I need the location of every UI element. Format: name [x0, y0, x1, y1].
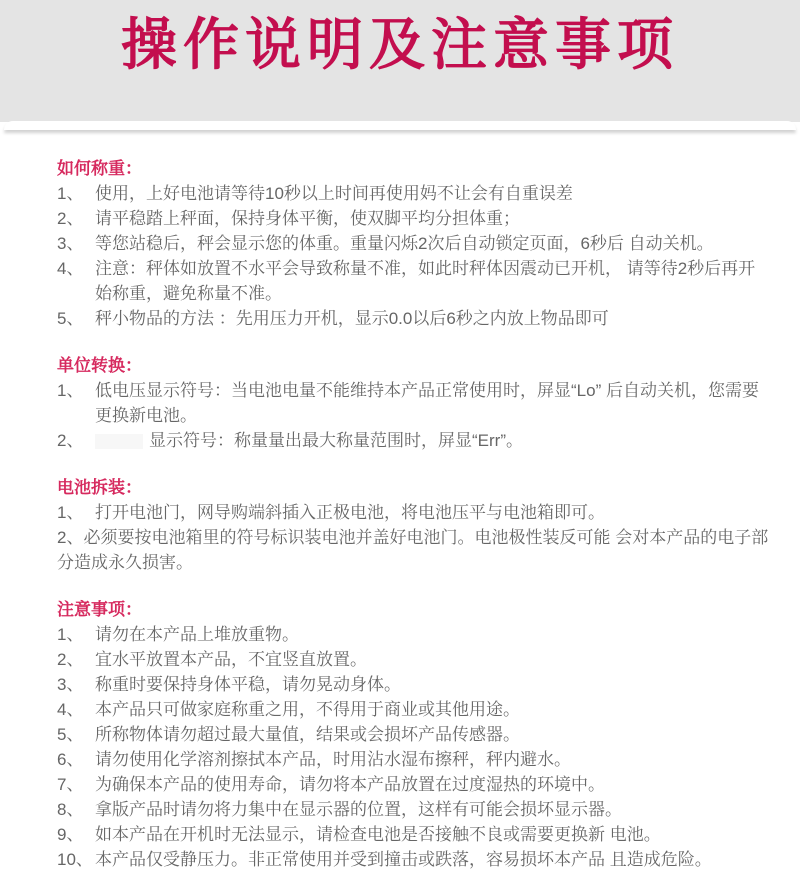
item-text: 本产品只可做家庭称重之用，不得用于商业或其他用途。	[95, 700, 520, 719]
item-number: 1、	[57, 181, 83, 206]
item-number: 3、	[57, 672, 83, 697]
list-item: 2、必须要按电池箱里的符号标识装电池并盖好电池门。电池极性装反可能 会对本产品的…	[57, 525, 770, 575]
item-number: 4、	[57, 256, 83, 281]
page: 操作说明及注意事项 如何称重：1、使用，上好电池请等待10秒以上时间再使用妈不让…	[0, 0, 800, 883]
item-text: 必须要按电池箱里的符号标识装电池并盖好电池门。电池极性装反可能 会对本产品的电子…	[57, 528, 768, 572]
list-item: 1、使用，上好电池请等待10秒以上时间再使用妈不让会有自重误差	[57, 181, 770, 206]
list-item: 4、注意：秤体如放置不水平会导致称量不准，如此时秤体因震动已开机， 请等待2秒后…	[57, 256, 770, 306]
list-item: 5、秤小物品的方法 ：先用压力开机，显示0.0以后6秒之内放上物品即可	[57, 306, 770, 331]
instruction-section: 注意事项：1、请勿在本产品上堆放重物。2、宜水平放置本产品，不宜竖直放置。3、称…	[57, 597, 770, 872]
item-text: 如本产品在开机时无法显示，请检查电池是否接触不良或需要更换新 电池。	[95, 825, 661, 844]
section-heading: 单位转换：	[57, 353, 770, 378]
list-item: 5、所称物体请勿超过最大量值，结果或会损坏产品传感器。	[57, 722, 770, 747]
section-heading: 如何称重：	[57, 156, 770, 181]
item-text: 低电压显示符号：当电池电量不能维持本产品正常使用时，屏显“Lo” 后自动关机，您…	[95, 381, 759, 425]
list-item: 1、请勿在本产品上堆放重物。	[57, 622, 770, 647]
item-number: 2、	[57, 528, 83, 547]
item-text: 显示符号：称量量出最大称量范围时，屏显“Err”。	[149, 431, 523, 450]
item-number: 3、	[57, 231, 83, 256]
header-edge-divider	[4, 121, 796, 130]
item-number: 9、	[57, 822, 83, 847]
list-item: 7、为确保本产品的使用寿命，请勿将本产品放置在过度湿热的环境中。	[57, 772, 770, 797]
list-item: 3、等您站稳后，秤会显示您的体重。重量闪烁2次后自动锁定页面，6秒后 自动关机。	[57, 231, 770, 256]
section-heading: 注意事项：	[57, 597, 770, 622]
item-number: 2、	[57, 206, 83, 231]
instruction-section: 如何称重：1、使用，上好电池请等待10秒以上时间再使用妈不让会有自重误差2、请平…	[57, 156, 770, 331]
item-text: 打开电池门，网导购端斜插入正极电池，将电池压平与电池箱即可。	[95, 503, 605, 522]
sections-container: 如何称重：1、使用，上好电池请等待10秒以上时间再使用妈不让会有自重误差2、请平…	[57, 156, 770, 872]
page-title: 操作说明及注意事项	[0, 0, 800, 78]
list-item: 2、宜水平放置本产品，不宜竖直放置。	[57, 647, 770, 672]
item-text: 所称物体请勿超过最大量值，结果或会损坏产品传感器。	[95, 725, 520, 744]
header-banner: 操作说明及注意事项	[0, 0, 800, 122]
item-text: 本产品仅受静压力。非正常使用并受到撞击或跌落，容易损坏本产品 且造成危险。	[95, 850, 712, 869]
item-text: 请勿在本产品上堆放重物。	[95, 625, 299, 644]
list-item: 1、低电压显示符号：当电池电量不能维持本产品正常使用时，屏显“Lo” 后自动关机…	[57, 378, 770, 428]
item-number: 1、	[57, 500, 83, 525]
item-number: 5、	[57, 722, 83, 747]
item-text: 宜水平放置本产品，不宜竖直放置。	[95, 650, 367, 669]
item-text: 秤小物品的方法 ：先用压力开机，显示0.0以后6秒之内放上物品即可	[95, 309, 609, 328]
item-number: 1、	[57, 622, 83, 647]
item-number: 1、	[57, 378, 83, 403]
list-item: 3、称重时要保持身体平稳，请勿晃动身体。	[57, 672, 770, 697]
instructions-content: 如何称重：1、使用，上好电池请等待10秒以上时间再使用妈不让会有自重误差2、请平…	[0, 122, 800, 872]
item-text: 称重时要保持身体平稳，请勿晃动身体。	[95, 675, 401, 694]
item-text: 请勿使用化学溶剂擦拭本产品，时用沾水湿布擦秤，秤内避水。	[95, 750, 571, 769]
item-number: 8、	[57, 797, 83, 822]
item-text: 拿版产品时请勿将力集中在显示器的位置，这样有可能会损坏显示器。	[95, 800, 622, 819]
list-item: 2、显示符号：称量量出最大称量范围时，屏显“Err”。	[57, 428, 770, 453]
item-number: 7、	[57, 772, 83, 797]
list-item: 9、如本产品在开机时无法显示，请检查电池是否接触不良或需要更换新 电池。	[57, 822, 770, 847]
list-item: 6、请勿使用化学溶剂擦拭本产品，时用沾水湿布擦秤，秤内避水。	[57, 747, 770, 772]
item-text: 请平稳踏上秤面，保持身体平衡，使双脚平均分担体重；	[95, 209, 520, 228]
list-item: 8、拿版产品时请勿将力集中在显示器的位置，这样有可能会损坏显示器。	[57, 797, 770, 822]
list-item: 10、本产品仅受静压力。非正常使用并受到撞击或跌落，容易损坏本产品 且造成危险。	[57, 847, 770, 872]
item-number: 2、	[57, 428, 83, 453]
list-item: 2、请平稳踏上秤面，保持身体平衡，使双脚平均分担体重；	[57, 206, 770, 231]
instruction-section: 电池拆装：1、打开电池门，网导购端斜插入正极电池，将电池压平与电池箱即可。2、必…	[57, 475, 770, 575]
item-number: 4、	[57, 697, 83, 722]
item-number: 6、	[57, 747, 83, 772]
list-item: 1、打开电池门，网导购端斜插入正极电池，将电池压平与电池箱即可。	[57, 500, 770, 525]
item-text: 注意：秤体如放置不水平会导致称量不准，如此时秤体因震动已开机， 请等待2秒后再开…	[95, 259, 755, 303]
item-number: 5、	[57, 306, 83, 331]
instruction-section: 单位转换：1、低电压显示符号：当电池电量不能维持本产品正常使用时，屏显“Lo” …	[57, 353, 770, 453]
item-text: 使用，上好电池请等待10秒以上时间再使用妈不让会有自重误差	[95, 184, 573, 203]
item-text: 为确保本产品的使用寿命，请勿将本产品放置在过度湿热的环境中。	[95, 775, 605, 794]
list-item: 4、本产品只可做家庭称重之用，不得用于商业或其他用途。	[57, 697, 770, 722]
item-text: 等您站稳后，秤会显示您的体重。重量闪烁2次后自动锁定页面，6秒后 自动关机。	[95, 234, 714, 253]
item-number: 10、	[57, 847, 93, 872]
section-heading: 电池拆装：	[57, 475, 770, 500]
item-number: 2、	[57, 647, 83, 672]
censored-blank	[95, 434, 143, 449]
